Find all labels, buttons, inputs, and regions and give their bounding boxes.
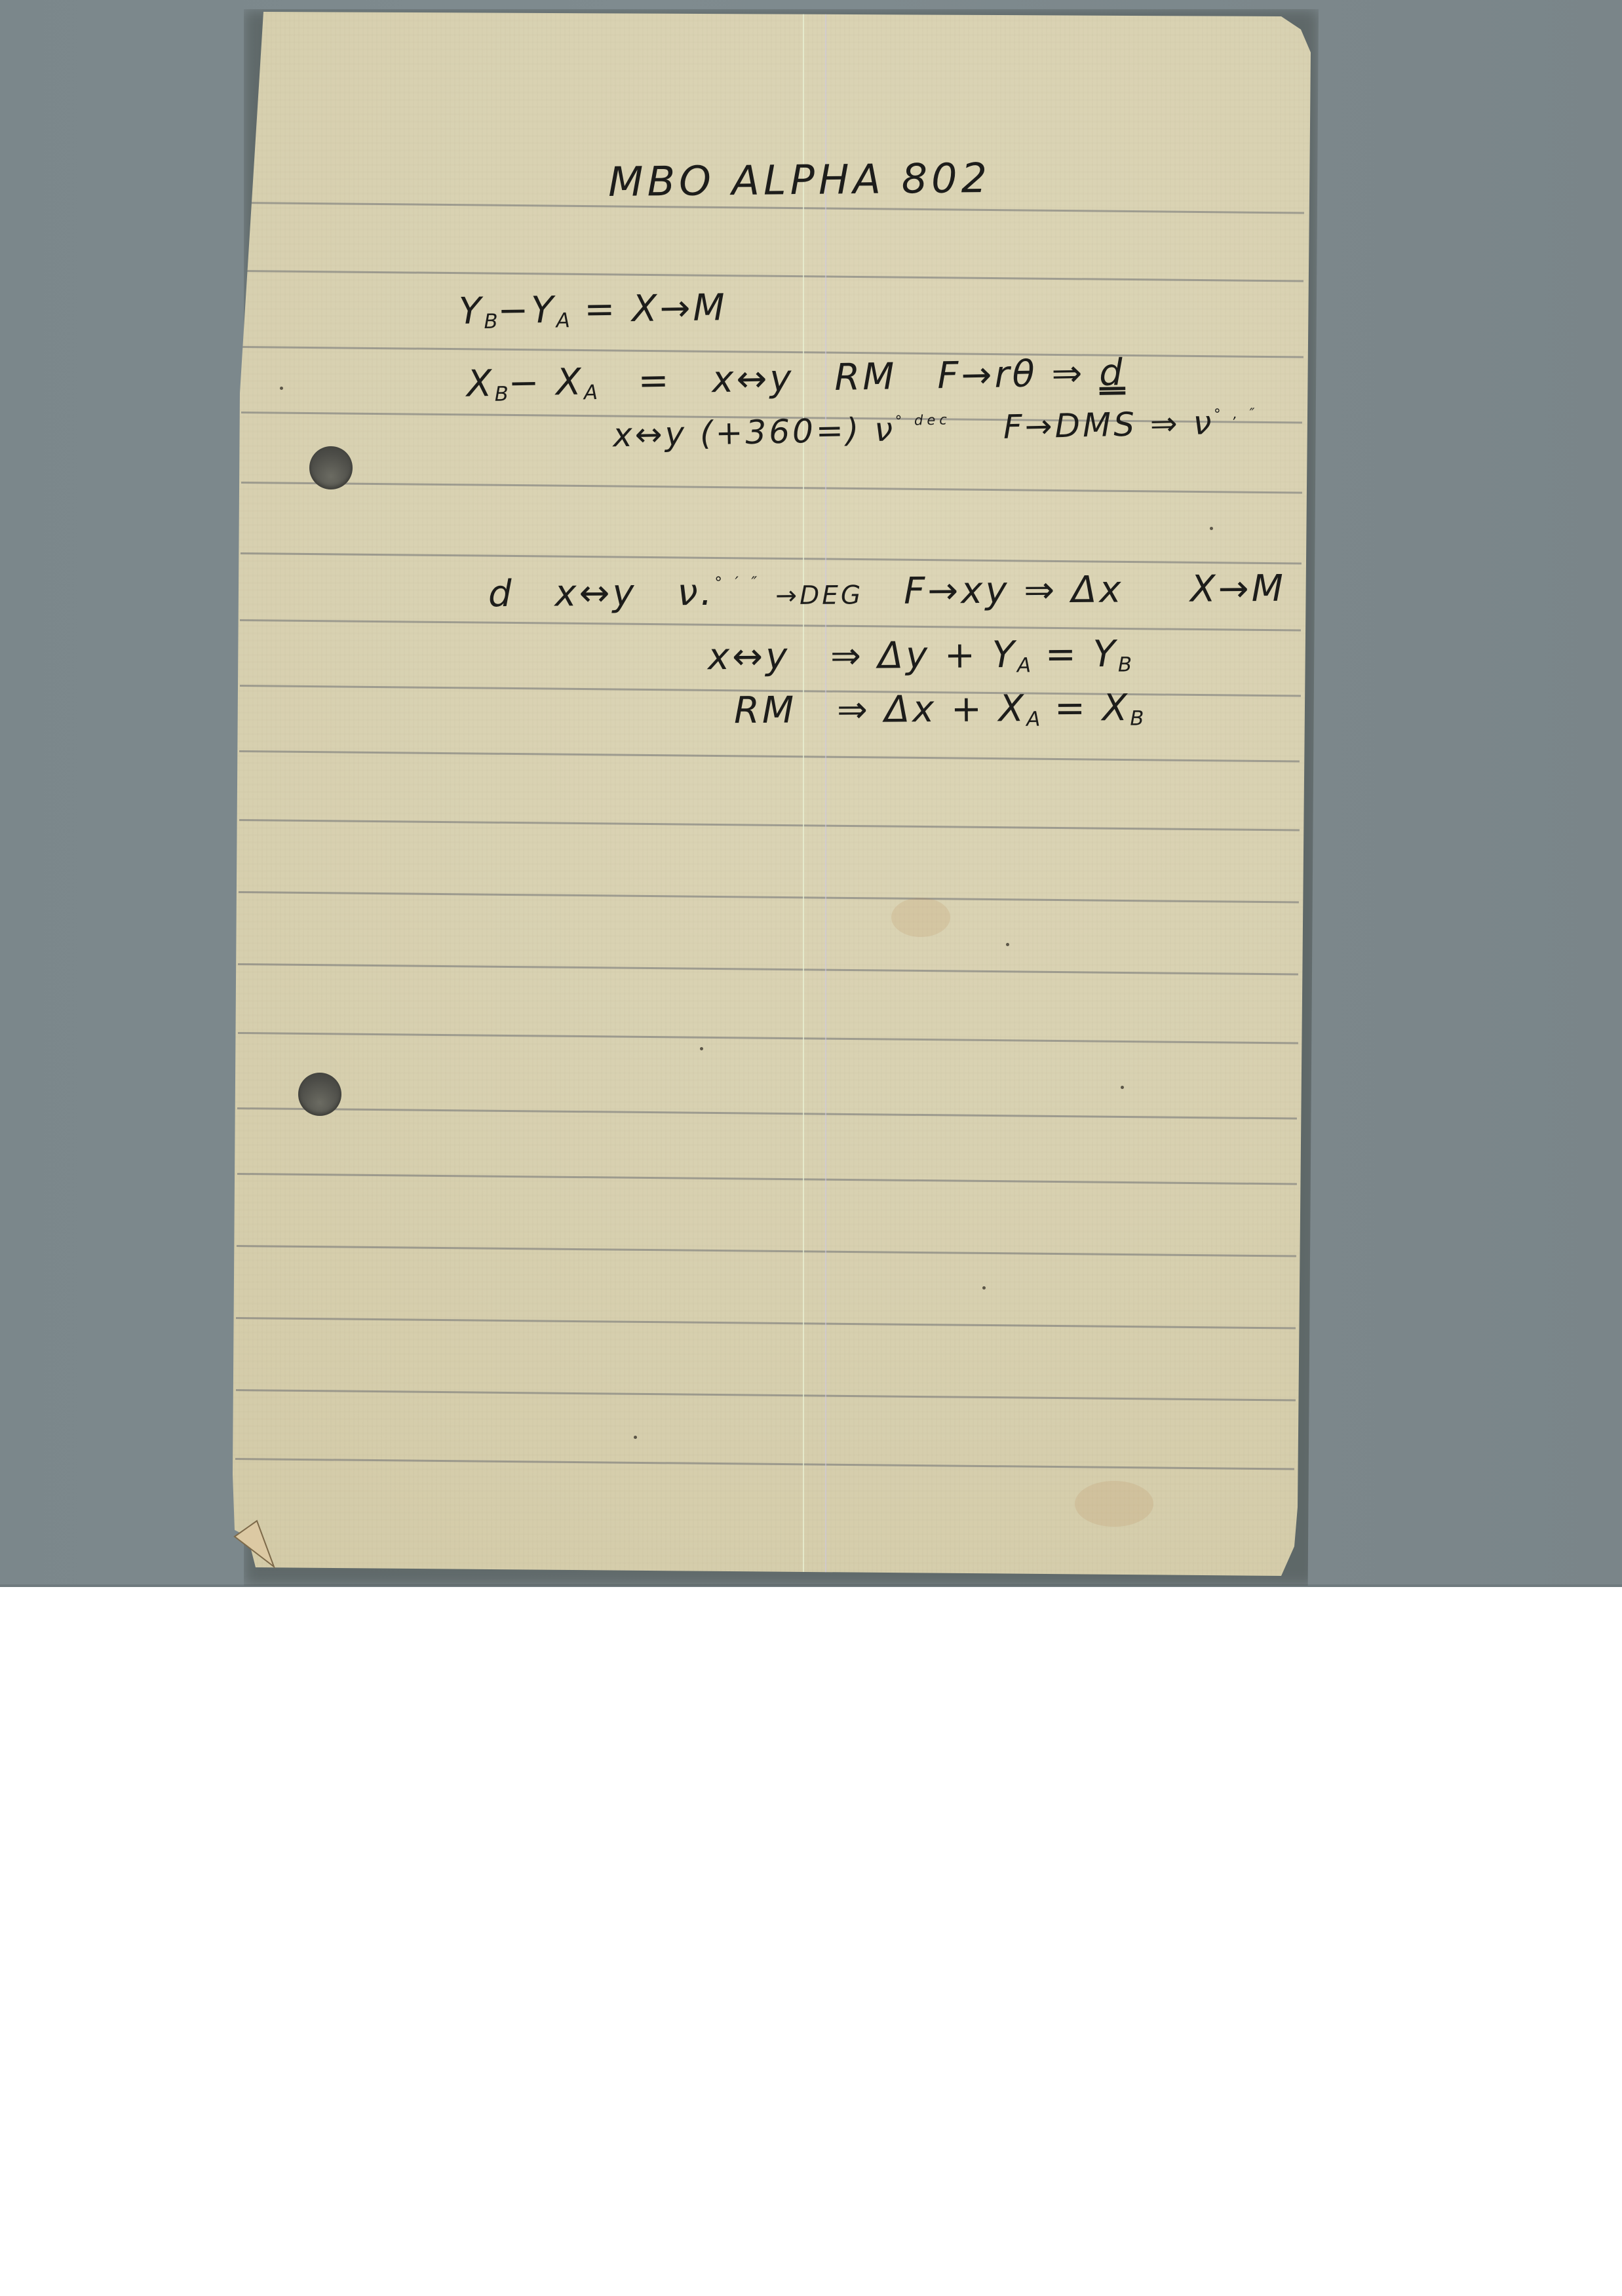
dms-function-key: F→DMS [1003, 406, 1137, 446]
margin-line-green [803, 13, 804, 1573]
delta-x: Δx [885, 688, 937, 731]
equation-line-6: RM ⇒ Δx + XA = XB [734, 687, 1144, 733]
paper-stain [1075, 1481, 1153, 1527]
var-x: X [466, 362, 495, 406]
swap-key: x↔y [613, 415, 687, 454]
subscript: A [584, 381, 598, 404]
subscript: A [556, 309, 570, 332]
ink-speck [1006, 943, 1009, 946]
distance-d: d [488, 573, 514, 615]
ink-speck [1210, 527, 1213, 530]
implies-arrow: ⇒ [1051, 352, 1085, 395]
var-y: Y [1092, 633, 1118, 676]
recall-memory-key: RM [834, 355, 897, 399]
bearing-nu: ν. [677, 571, 715, 614]
minus-sign: − [497, 289, 531, 332]
ink-speck [280, 387, 283, 390]
bearing-nu: ν [874, 410, 896, 449]
var-x: X [556, 361, 585, 404]
equals-sign: = [638, 359, 672, 402]
implies-arrow: ⇒ [837, 689, 870, 731]
store-to-memory: X→M [1190, 567, 1286, 611]
equals-sign: = [1054, 687, 1088, 729]
delta-x: Δx [1072, 568, 1124, 611]
punch-hole-top [309, 446, 353, 489]
recall-memory-key: RM [734, 689, 797, 733]
implies-arrow: ⇒ [1149, 404, 1180, 443]
equation-line-5: x↔y ⇒ Δy + YA = YB [708, 633, 1132, 679]
store-to-memory: = X→M [584, 286, 727, 331]
delta-y: Δy [878, 634, 931, 678]
equation-line-1: YB−YA = X→M [459, 286, 728, 334]
plus-sign: + [951, 688, 984, 731]
swap-key: x↔y [554, 572, 637, 615]
margin-line-lilac [825, 13, 826, 1573]
dms-label: ° , ″ [1214, 406, 1259, 422]
folded-corner-shape [235, 1525, 287, 1577]
subscript: B [484, 310, 498, 334]
implies-arrow: ⇒ [1024, 569, 1057, 611]
result-distance: d [1099, 351, 1126, 394]
dms-label: ° ′ ″ [714, 573, 761, 591]
ink-speck [634, 1436, 637, 1439]
ink-speck [982, 1286, 986, 1290]
subscript: A [1017, 654, 1031, 678]
var-y: Y [459, 290, 484, 333]
subscript: B [1130, 707, 1144, 731]
ink-speck [700, 1047, 703, 1050]
subscript: A [1026, 708, 1040, 731]
deg-key: →DEG [775, 581, 863, 611]
degrees-decimal-label: ° dec [895, 411, 951, 429]
bearing-nu: ν [1193, 404, 1214, 442]
minus-sign: − [508, 362, 542, 405]
polar-function-key: F→rθ [937, 353, 1038, 398]
var-y: Y [992, 634, 1018, 676]
add-360-step: (+360=) [699, 411, 861, 452]
ink-speck [1121, 1086, 1124, 1089]
implies-arrow: ⇒ [830, 635, 864, 678]
paper-stain [891, 898, 950, 937]
var-y: Y [531, 289, 556, 332]
page-title: MBO ALPHA 802 [608, 154, 992, 206]
punch-hole-bottom [298, 1073, 341, 1116]
subscript: B [494, 382, 509, 406]
subscript: B [1118, 653, 1132, 676]
var-x: X [999, 687, 1027, 730]
equals-sign: = [1045, 633, 1079, 676]
swap-key: x↔y [708, 635, 790, 678]
rect-function-key: F→xy [904, 569, 1010, 613]
equation-line-4: d x↔y ν.° ′ ″ →DEG F→xy ⇒ Δx X→M [488, 567, 1286, 615]
var-x: X [1102, 687, 1130, 729]
swap-key: x↔y [712, 357, 794, 401]
plus-sign: + [944, 634, 978, 676]
